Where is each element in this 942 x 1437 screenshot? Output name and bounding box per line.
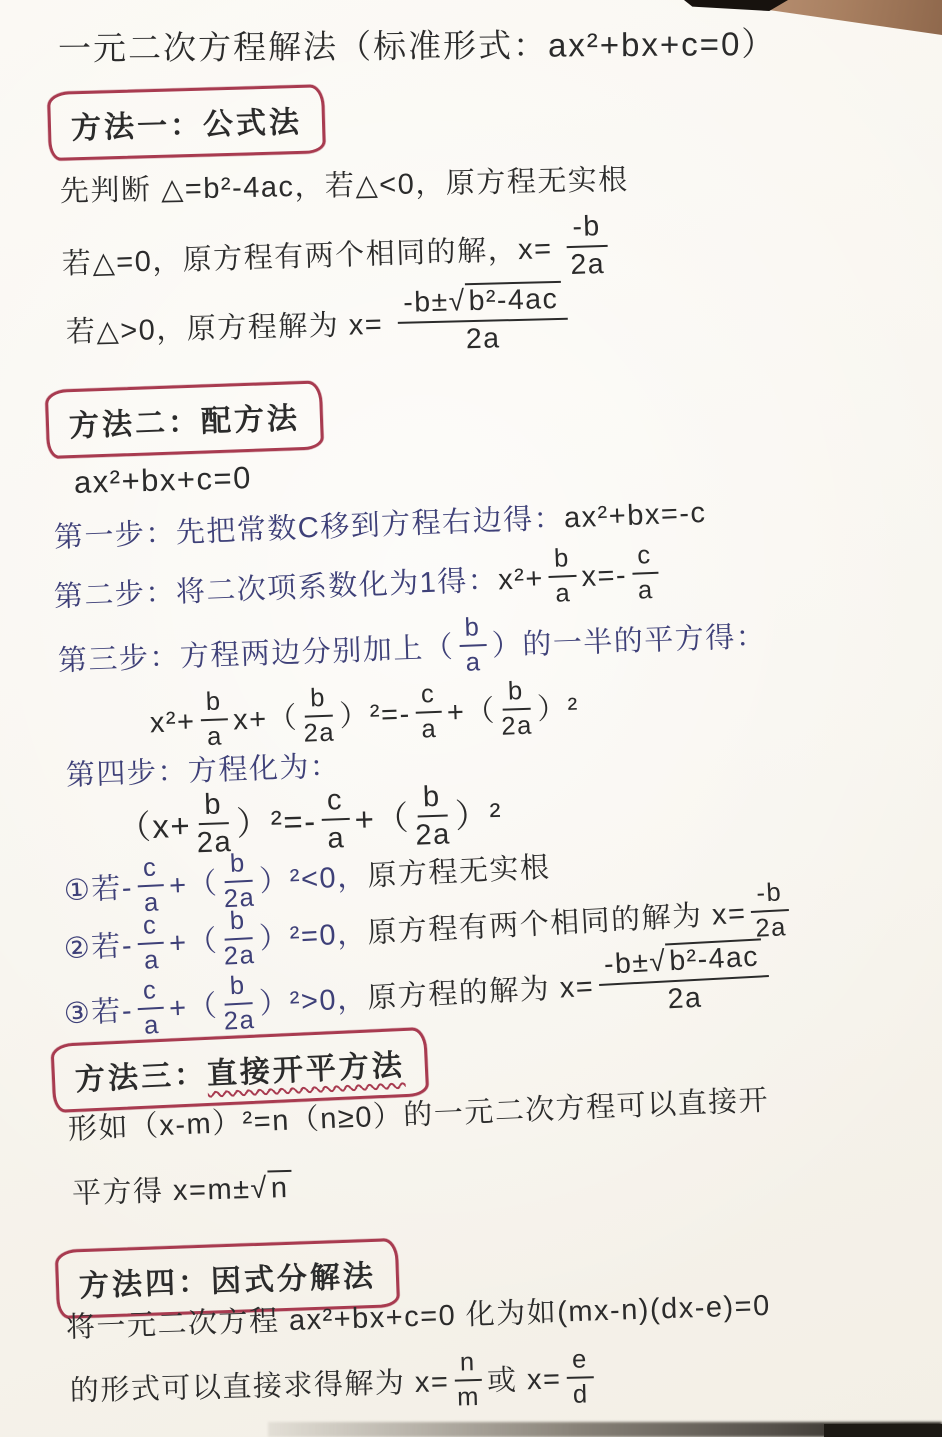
radical-sign: √ bbox=[448, 285, 466, 317]
math-text: +（ bbox=[168, 925, 219, 960]
fraction-numerator: b bbox=[548, 545, 577, 578]
fraction: -b2a bbox=[750, 879, 791, 942]
fraction: ca bbox=[631, 542, 660, 605]
step-text: ）的一半的平方得： bbox=[491, 621, 766, 663]
fraction-numerator: b bbox=[223, 972, 252, 1005]
step-text: ：方程两边分别加上（ bbox=[149, 632, 455, 675]
math-text: x²+ bbox=[498, 563, 545, 597]
math-text: x+（ bbox=[233, 702, 299, 736]
fraction: b2a bbox=[221, 972, 256, 1035]
step-label: 第二步 bbox=[53, 578, 146, 613]
math-text: ）²>0， bbox=[259, 983, 369, 1021]
fraction-denominator: a bbox=[421, 713, 438, 743]
math-text: +（ bbox=[168, 990, 219, 1025]
math-text: 平方得 x=m± bbox=[72, 1173, 251, 1210]
quadratic-formula-fraction: -b±√b²-4ac 2a bbox=[397, 285, 569, 357]
fraction-denominator: m bbox=[457, 1381, 480, 1411]
math-text: 原方程的解为 x= bbox=[367, 971, 595, 1015]
math-text: ）²<0， bbox=[259, 861, 369, 898]
radicand: b²-4ac bbox=[465, 281, 561, 317]
step-label: 第三步 bbox=[57, 642, 150, 677]
math-text: ）² bbox=[454, 796, 502, 835]
fraction-numerator: e bbox=[566, 1346, 594, 1378]
math-text: -b± bbox=[403, 286, 449, 319]
fraction: b2a bbox=[500, 678, 534, 741]
method4-heading-label: 方法四：因式分解法 bbox=[79, 1260, 377, 1303]
method2-base-equation: ax²+bx+c=0 bbox=[73, 459, 252, 503]
math-text: ③若- bbox=[63, 995, 134, 1031]
method3-heading-label: 方法三： bbox=[74, 1058, 207, 1097]
math-text: 原方程无实根 bbox=[367, 852, 551, 893]
fraction-numerator: n bbox=[454, 1349, 482, 1381]
math-text: x=- bbox=[581, 559, 628, 593]
step-text: ：先把常数C移到方程右边得： bbox=[145, 502, 565, 550]
fraction-numerator: b bbox=[223, 907, 252, 940]
fraction-numerator: b bbox=[223, 850, 252, 883]
notebook-page: 一元二次方程解法（标准形式：ax²+bx+c=0） 方法一：公式法 先判断 △=… bbox=[0, 0, 942, 1437]
fraction: b2a bbox=[221, 907, 256, 970]
math-text: 或 x= bbox=[487, 1363, 562, 1397]
fraction: ba bbox=[548, 545, 578, 608]
method1-line-delta-positive: 若△>0，原方程解为 x= -b±√b²-4ac 2a bbox=[65, 288, 573, 368]
fraction-denominator: a bbox=[143, 944, 160, 975]
fraction-denominator: a bbox=[465, 646, 482, 676]
fraction-denominator: 2a bbox=[465, 321, 500, 355]
quadratic-formula-fraction: -b±√b²-4ac2a bbox=[597, 942, 770, 1018]
fraction: ed bbox=[566, 1346, 595, 1408]
math-text: +（ bbox=[446, 695, 496, 729]
method1-heading-label: 方法一：公式法 bbox=[71, 106, 303, 145]
fraction-numerator: b bbox=[416, 782, 447, 818]
step-label: 第一步 bbox=[53, 518, 146, 553]
math-text: （x+ bbox=[117, 807, 192, 847]
radicand: b²-4ac bbox=[665, 938, 762, 977]
page-title: 一元二次方程解法（标准形式：ax²+bx+c=0） bbox=[58, 23, 777, 69]
fraction: ca bbox=[136, 977, 165, 1040]
fraction-numerator: c bbox=[415, 681, 442, 714]
step-label: 第四步 bbox=[65, 757, 158, 792]
fraction-numerator: b bbox=[199, 688, 228, 721]
math-text: ）²=- bbox=[236, 802, 317, 842]
math-text: 的形式可以直接求得解为 x= bbox=[70, 1366, 450, 1407]
step-text: ：将二次项系数化为1得： bbox=[145, 564, 499, 610]
math-text: 若△=0，原方程有两个相同的解，x= bbox=[61, 233, 553, 280]
math-text: ②若- bbox=[63, 930, 134, 966]
fraction-numerator: c bbox=[320, 785, 349, 821]
fraction-numerator: b bbox=[304, 685, 333, 718]
fraction: b2a bbox=[414, 781, 452, 851]
radical-sign: √ bbox=[250, 1173, 268, 1205]
fraction-numerator: b bbox=[502, 678, 531, 711]
math-text: -b± bbox=[603, 946, 650, 980]
method1-heading-bubble: 方法一：公式法 bbox=[47, 84, 326, 161]
fraction: ca bbox=[320, 785, 350, 855]
photo-dark-corner-bottom-right bbox=[824, 1424, 942, 1437]
fraction-denominator: a bbox=[143, 1009, 160, 1040]
fraction-denominator: 2a bbox=[223, 939, 256, 970]
fraction-numerator: c bbox=[136, 912, 164, 945]
math-text: ）²=- bbox=[339, 698, 411, 732]
fraction: b2a bbox=[302, 685, 336, 748]
fraction-numerator: -b bbox=[750, 879, 789, 913]
math-text: ①若- bbox=[63, 872, 134, 907]
fraction-numerator: -b bbox=[566, 212, 607, 248]
fraction: ca bbox=[136, 854, 165, 917]
method3-line2: 平方得 x=m±√n bbox=[71, 1170, 292, 1212]
fraction-numerator: c bbox=[631, 542, 658, 575]
method1-line-discriminant: 先判断 △=b²-4ac，若△<0，原方程无实根 bbox=[60, 162, 630, 210]
fraction-denominator: 2a bbox=[667, 980, 703, 1015]
fraction-denominator: 2a bbox=[501, 709, 533, 740]
fraction-numerator: b bbox=[458, 614, 487, 647]
fraction: ca bbox=[136, 912, 165, 975]
fraction: b2a bbox=[195, 789, 233, 859]
fraction: ba bbox=[458, 614, 488, 676]
method2-step3-formula: x²+bax+（b2a）²=-ca+（b2a）² bbox=[149, 679, 580, 756]
math-text: ）²=0， bbox=[259, 918, 369, 956]
method4-line2: 的形式可以直接求得解为 x=nm或 x=ed bbox=[69, 1349, 600, 1423]
fraction-denominator: 2a bbox=[303, 716, 335, 747]
math-text: ）² bbox=[537, 692, 580, 725]
fraction-numerator: b bbox=[198, 789, 229, 825]
radicand: n bbox=[267, 1170, 292, 1205]
step-text: ：方程化为： bbox=[157, 750, 341, 788]
math-text: ax²+bx=-c bbox=[563, 497, 707, 534]
fraction: nm bbox=[454, 1349, 483, 1411]
fraction: b2a bbox=[222, 850, 256, 913]
fraction-denominator: 2a bbox=[570, 247, 606, 281]
fraction-denominator: 2a bbox=[223, 1004, 256, 1035]
fraction: -b 2a bbox=[566, 212, 608, 281]
fraction-denominator: a bbox=[637, 574, 654, 604]
method3-heading-emphasis: 直接开平方法 bbox=[206, 1049, 405, 1091]
fraction: ca bbox=[415, 681, 443, 743]
math-text: 若△>0，原方程解为 x= bbox=[66, 309, 384, 349]
method2-heading-label: 方法二：配方法 bbox=[69, 402, 301, 443]
fraction-numerator: c bbox=[136, 977, 164, 1010]
method2-heading-bubble: 方法二：配方法 bbox=[45, 380, 324, 459]
method2-step4: 第四步：方程化为： bbox=[65, 748, 341, 794]
fraction-denominator: a bbox=[206, 720, 223, 750]
fraction-denominator: a bbox=[555, 577, 572, 607]
math-text: +（ bbox=[354, 799, 411, 838]
fraction-denominator: d bbox=[573, 1378, 589, 1408]
math-text: +（ bbox=[168, 868, 218, 902]
fraction-numerator: c bbox=[136, 854, 164, 887]
math-text: x²+ bbox=[149, 706, 196, 740]
fraction: ba bbox=[199, 688, 229, 750]
